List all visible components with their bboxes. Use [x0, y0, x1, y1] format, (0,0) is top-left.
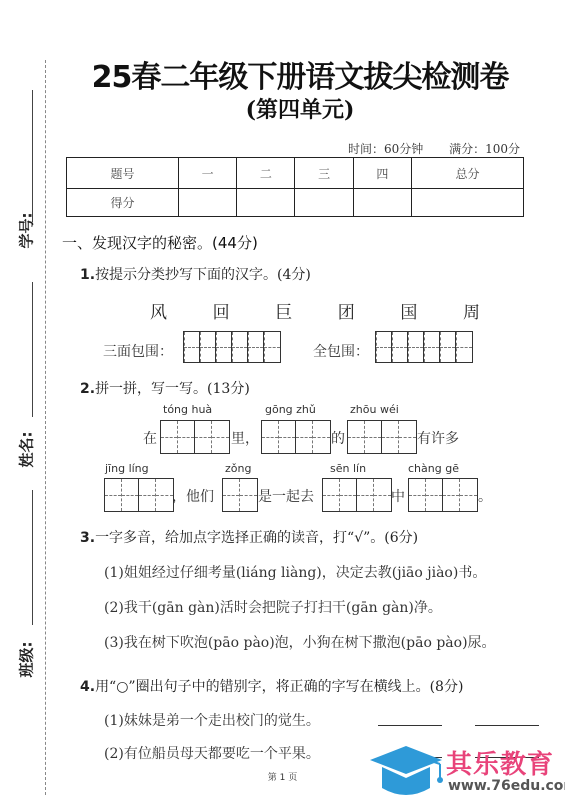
- q2-text-period: 。: [478, 486, 492, 506]
- watermark-url: www.76edu.com: [448, 778, 565, 794]
- q4-item-2: (2)有位船员母天都要吃一个平果。: [104, 743, 320, 763]
- student-id-label: 学号:: [16, 225, 37, 249]
- q4-item-1-answer-blank-1[interactable]: [378, 725, 442, 726]
- q1-char: 国: [400, 298, 417, 323]
- full-enclosure-writing-grid[interactable]: [375, 331, 473, 363]
- q1-char: 回: [213, 298, 230, 323]
- score-header-cell: 题号: [67, 158, 179, 189]
- q2-text-shiyiqiqu: 是一起去: [258, 486, 314, 506]
- question-2-number: 2.: [80, 381, 95, 397]
- pinyin-tonghua: tóng huà: [163, 403, 212, 416]
- grid-gongzhu[interactable]: [261, 420, 331, 454]
- exam-meta: 时间：60分钟 满分：100分: [348, 140, 520, 157]
- pinyin-zhouwei: zhōu wéi: [350, 403, 399, 416]
- score-row-label: 得分: [67, 189, 179, 217]
- section-1-title: 一、发现汉字的秘密。(44分): [62, 232, 258, 253]
- q2-text-de: 的: [331, 428, 345, 448]
- score-header-cell: 一: [178, 158, 236, 189]
- exam-title: 25春二年级下册语文拔尖检测卷: [60, 52, 540, 96]
- grid-changge[interactable]: [408, 478, 478, 512]
- question-4-number: 4.: [80, 679, 95, 695]
- three-sided-writing-grid[interactable]: [183, 331, 281, 363]
- q2-text-zai: 在: [143, 428, 157, 448]
- grid-jingling[interactable]: [104, 478, 174, 512]
- q1-char: 风: [150, 298, 167, 323]
- question-2-prompt: 拼一拼，写一写。(13分): [95, 381, 250, 397]
- score-cell[interactable]: [411, 189, 523, 217]
- grid-zhouwei[interactable]: [347, 420, 417, 454]
- pinyin-senlin: sēn lín: [330, 462, 366, 475]
- graduation-cap-icon: [368, 740, 448, 798]
- score-header-cell: 二: [237, 158, 295, 189]
- pinyin-zong: zǒng: [225, 462, 251, 475]
- name-label: 姓名:: [16, 444, 37, 468]
- time-limit: 时间：60分钟: [348, 142, 423, 156]
- q1-char: 周: [463, 298, 480, 323]
- full-score: 满分：100分: [449, 142, 520, 156]
- grid-zong[interactable]: [222, 478, 258, 512]
- q3-item-2[interactable]: (2)我干(gān gàn)活时会把院子打扫干(gān gàn)净。: [104, 597, 442, 617]
- question-4-prompt: 用“○”圈出句子中的错别字，将正确的字写在横线上。(8分): [95, 679, 463, 695]
- question-4: 4.用“○”圈出句子中的错别字，将正确的字写在横线上。(8分): [80, 676, 463, 696]
- question-1: 1.按提示分类抄写下面的汉字。(4分): [80, 264, 311, 284]
- question-3: 3.一字多音，给加点字选择正确的读音，打“√”。(6分): [80, 527, 418, 547]
- score-cell[interactable]: [295, 189, 353, 217]
- question-3-number: 3.: [80, 530, 95, 546]
- q2-text-li: 里，: [231, 428, 259, 448]
- q4-item-1: (1)妹妹是弟一个走出校门的觉生。: [104, 710, 320, 730]
- pinyin-changge: chàng gē: [408, 462, 459, 475]
- score-header-cell: 三: [295, 158, 353, 189]
- score-cell[interactable]: [237, 189, 295, 217]
- name-line[interactable]: [32, 490, 33, 625]
- score-table-score-row: 得分: [67, 189, 524, 217]
- grid-tonghua[interactable]: [160, 420, 230, 454]
- q2-text-zhong: 中: [391, 486, 405, 506]
- student-id-line-top: [32, 90, 33, 222]
- category-full-enclosure-label: 全包围：: [313, 341, 369, 361]
- q1-char: 巨: [275, 298, 292, 323]
- q1-char: 团: [338, 298, 355, 323]
- category-three-sided-label: 三面包围：: [103, 341, 173, 361]
- binding-dashed-line: [45, 60, 46, 795]
- question-3-prompt: 一字多音，给加点字选择正确的读音，打“√”。(6分): [95, 530, 418, 546]
- q3-item-1[interactable]: (1)姐姐经过仔细考量(liáng liàng)，决定去教(jiāo jiào)…: [104, 562, 486, 582]
- pinyin-jingling: jīng líng: [105, 462, 149, 475]
- score-header-cell: 四: [353, 158, 411, 189]
- score-cell[interactable]: [353, 189, 411, 217]
- question-1-number: 1.: [80, 267, 95, 283]
- score-table: 题号 一 二 三 四 总分 得分: [66, 157, 524, 217]
- grid-senlin[interactable]: [322, 478, 392, 512]
- q4-item-1-answer-blank-2[interactable]: [475, 725, 539, 726]
- q2-text-tamen: ，他们: [172, 486, 214, 506]
- q2-text-youxuduo: 有许多: [417, 428, 459, 448]
- score-cell[interactable]: [178, 189, 236, 217]
- class-label: 班级:: [16, 654, 37, 678]
- q3-item-3[interactable]: (3)我在树下吹泡(pāo pào)泡，小狗在树下撒泡(pāo pào)尿。: [104, 632, 496, 652]
- score-table-header-row: 题号 一 二 三 四 总分: [67, 158, 524, 189]
- q1-character-list: 风 回 巨 团 国 周: [150, 298, 480, 323]
- question-2: 2.拼一拼，写一写。(13分): [80, 378, 250, 398]
- exam-subtitle: (第四单元): [60, 93, 540, 124]
- question-1-prompt: 按提示分类抄写下面的汉字。(4分): [95, 267, 311, 283]
- score-header-cell: 总分: [411, 158, 523, 189]
- watermark-logo: 其乐教育 www.76edu.com: [368, 740, 563, 798]
- pinyin-gongzhu: gōng zhǔ: [265, 403, 316, 416]
- student-id-line-bottom[interactable]: [32, 282, 33, 417]
- watermark-name: 其乐教育: [446, 744, 554, 781]
